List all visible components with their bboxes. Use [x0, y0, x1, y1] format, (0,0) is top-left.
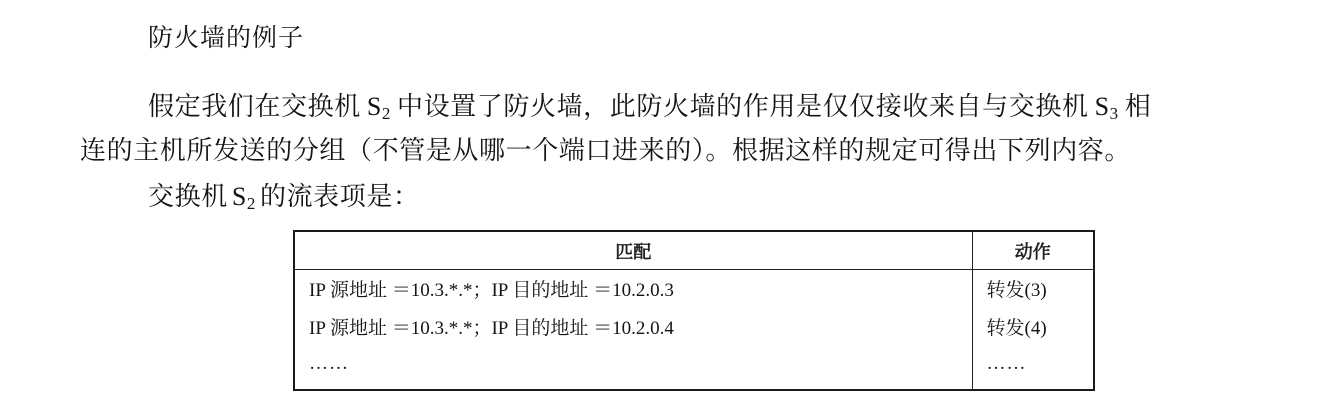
- switch-label-s2: S2: [232, 182, 256, 211]
- match-cell: IP 源地址 ＝10.3.*.*；IP 目的地址 ＝10.2.0.3: [295, 270, 972, 308]
- table-row: …… ……: [295, 345, 1093, 389]
- column-header-action: 动作: [972, 232, 1093, 270]
- switch-label-s3: S3: [1095, 92, 1119, 121]
- text-segment: 交换机: [148, 182, 228, 212]
- paragraph-line-2: 连的主机所发送的分组（不管是从哪一个端口进来的）。根据这样的规定可得出下列内容。: [80, 130, 1131, 167]
- text-segment: 中设置了防火墙，此防火墙的作用是仅仅接收来自与交换机: [397, 92, 1089, 122]
- switch-label-s2: S2: [367, 92, 391, 121]
- flow-table: 匹配 动作 IP 源地址 ＝10.3.*.*；IP 目的地址 ＝10.2.0.3…: [293, 230, 1095, 391]
- table-row: IP 源地址 ＝10.3.*.*；IP 目的地址 ＝10.2.0.4 转发(4): [295, 308, 1093, 346]
- action-cell-ellipsis: ……: [972, 345, 1093, 389]
- match-cell-ellipsis: ……: [295, 345, 972, 389]
- paragraph-line-3: 交换机S2的流表项是：: [148, 176, 420, 213]
- table-row: IP 源地址 ＝10.3.*.*；IP 目的地址 ＝10.2.0.3 转发(3): [295, 270, 1093, 308]
- section-heading: 防火墙的例子: [148, 18, 304, 54]
- paragraph-line-1: 假定我们在交换机S2中设置了防火墙，此防火墙的作用是仅仅接收来自与交换机S3相: [148, 86, 1151, 123]
- text-segment: 假定我们在交换机: [148, 92, 361, 122]
- match-cell: IP 源地址 ＝10.3.*.*；IP 目的地址 ＝10.2.0.4: [295, 308, 972, 346]
- action-cell: 转发(3): [972, 270, 1093, 308]
- column-header-match: 匹配: [295, 232, 972, 270]
- action-cell: 转发(4): [972, 308, 1093, 346]
- table-header-row: 匹配 动作: [295, 232, 1093, 270]
- text-segment: 相: [1125, 92, 1152, 122]
- text-segment: 的流表项是：: [260, 182, 420, 212]
